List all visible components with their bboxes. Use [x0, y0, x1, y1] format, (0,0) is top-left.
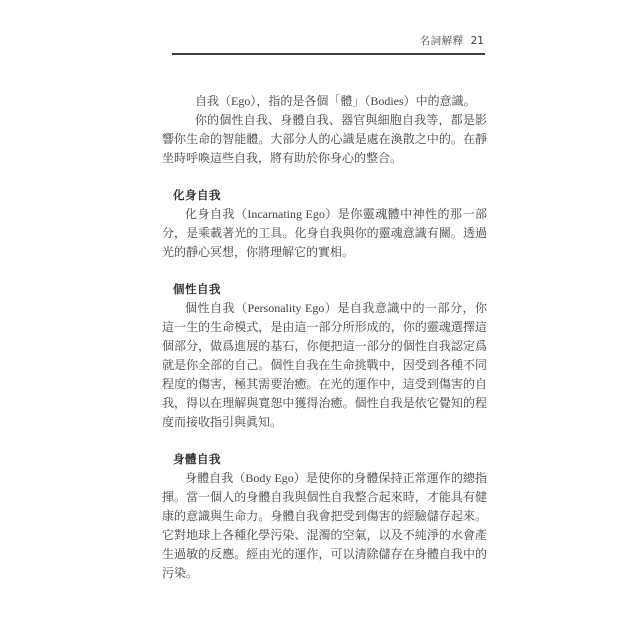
header-page-number: 21	[471, 35, 484, 47]
section-heading: 身體自我	[173, 450, 487, 469]
section-block: 身體自我身體自我（Body Ego）是使你的身體保持正常運作的總指揮。當一個人的…	[162, 450, 487, 583]
section-heading: 化身自我	[173, 186, 487, 205]
book-page: 名詞解釋21 自我（Ego），指的是各個「體」（Bodies）中的意識。你的個性…	[0, 0, 642, 642]
section-block: 個性自我個性自我（Personality Ego）是自我意識中的一部分，你這一生…	[162, 280, 487, 432]
body-text: 自我（Ego），指的是各個「體」（Bodies）中的意識。你的個性自我、身體自我…	[162, 92, 487, 583]
section-paragraph: 身體自我（Body Ego）是使你的身體保持正常運作的總指揮。當一個人的身體自我…	[162, 469, 487, 583]
page-header: 名詞解釋21	[420, 36, 484, 47]
intro-block: 自我（Ego），指的是各個「體」（Bodies）中的意識。你的個性自我、身體自我…	[162, 92, 487, 168]
section-block: 化身自我化身自我（Incarnating Ego）是你靈魂體中神性的那一部分，是…	[162, 186, 487, 262]
section-paragraph: 個性自我（Personality Ego）是自我意識中的一部分，你這一生的生命模…	[162, 299, 487, 432]
intro-paragraph: 你的個性自我、身體自我、器官與細胞自我等，都是影響你生命的智能體。大部分人的心識…	[162, 111, 487, 168]
header-rule	[172, 53, 485, 55]
intro-paragraph: 自我（Ego），指的是各個「體」（Bodies）中的意識。	[162, 92, 487, 111]
section-heading: 個性自我	[173, 280, 487, 299]
section-paragraph: 化身自我（Incarnating Ego）是你靈魂體中神性的那一部分，是乘載著光…	[162, 205, 487, 262]
header-section-title: 名詞解釋	[420, 35, 464, 47]
sections-block: 化身自我化身自我（Incarnating Ego）是你靈魂體中神性的那一部分，是…	[162, 186, 487, 583]
